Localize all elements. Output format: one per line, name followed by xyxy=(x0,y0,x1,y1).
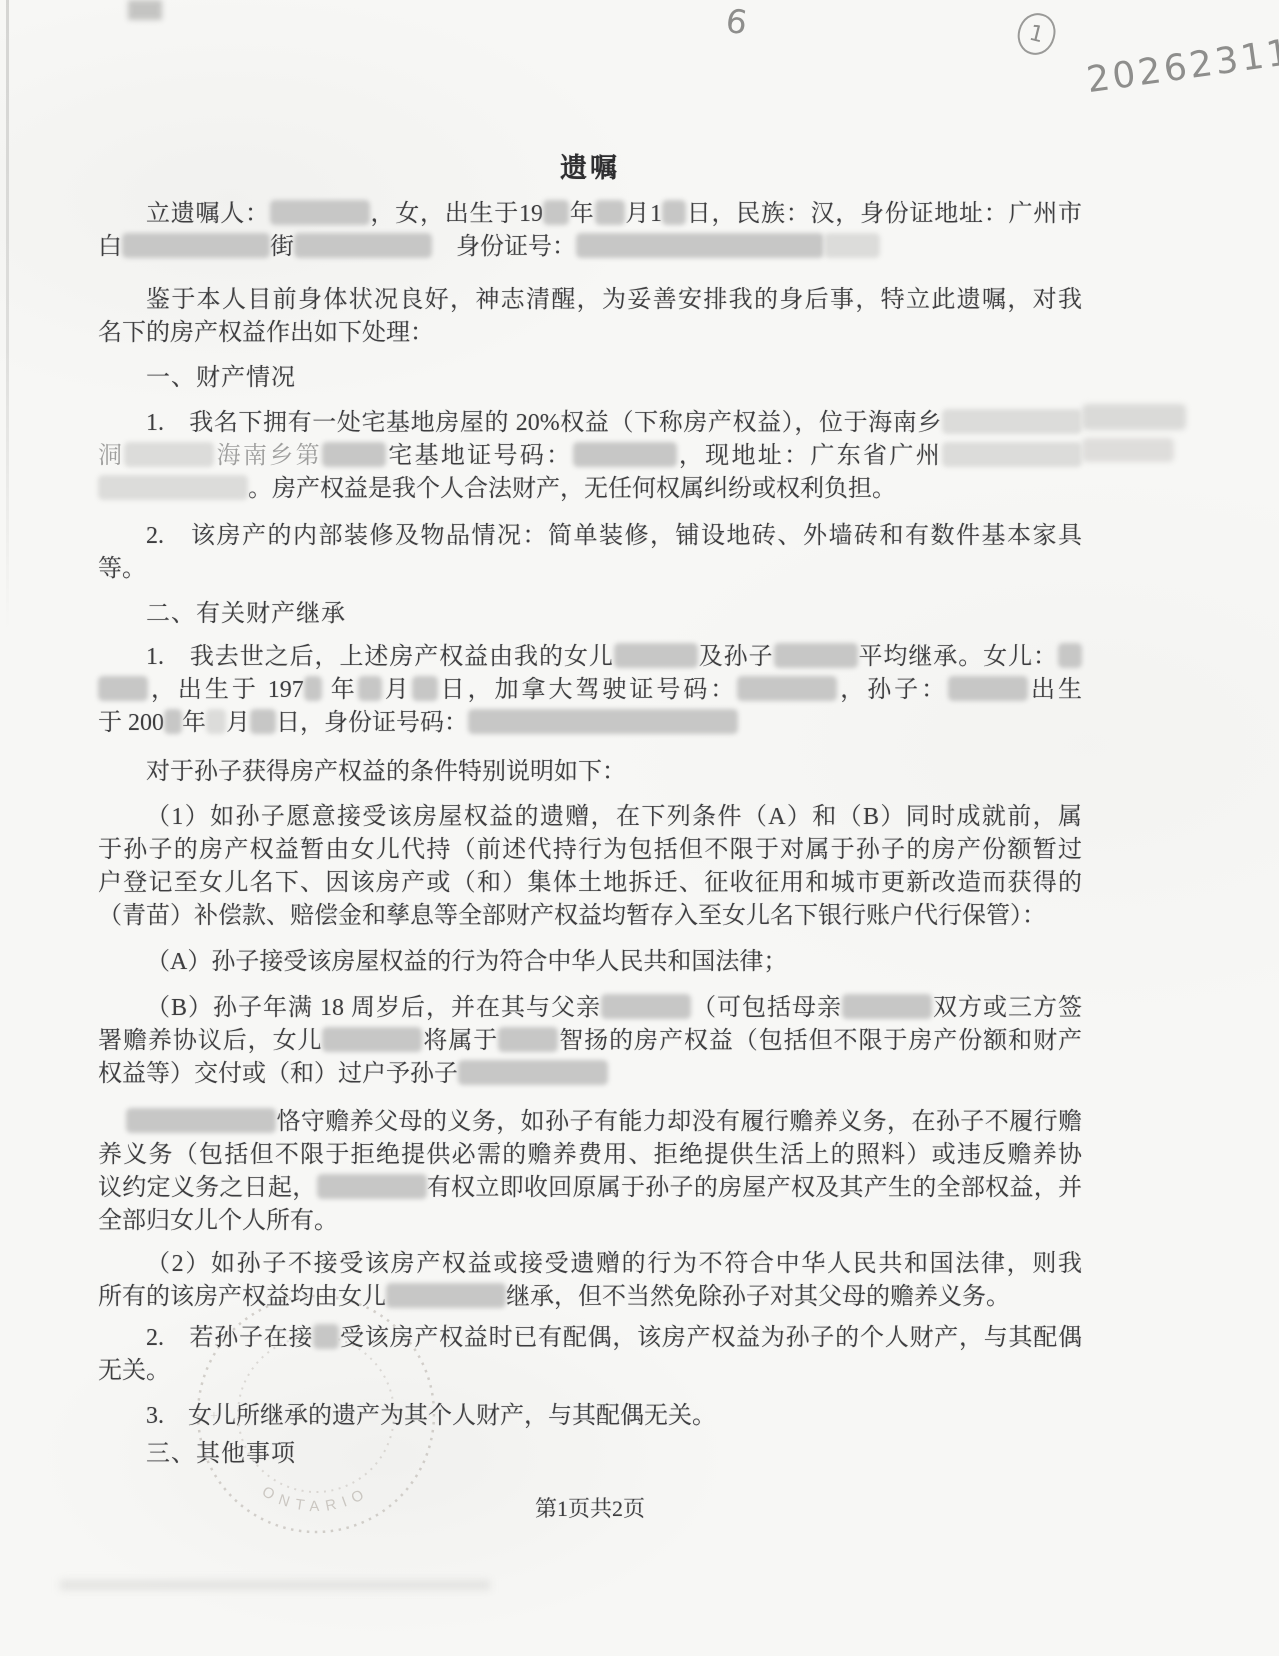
text-line: 洞海南乡第宅基地证号码：，现地址：广东省广州 xyxy=(98,440,1082,473)
text-run: 等。 xyxy=(98,556,146,582)
text-run: 于孙子的房产权益暂由女儿代持（前述代持行为包括但不限于对属于孙子的房产份额暂过 xyxy=(98,837,1082,863)
paragraph: 鉴于本人目前身体状况良好，神志清醒，为妥善安排我的身后事，特立此遗嘱，对我名下的… xyxy=(98,284,1082,350)
redaction-bar xyxy=(304,676,322,701)
text-run: （可包括母亲 xyxy=(691,995,842,1021)
text-run: 月1 xyxy=(625,201,663,227)
text-run: 将属于 xyxy=(422,1028,498,1054)
text-run: 海南乡第 xyxy=(214,443,322,469)
scan-edge-artifact xyxy=(6,0,9,630)
text-line: （青苗）补偿款、赔偿金和孳息等全部财产权益均暂存入至女儿名下银行账户代行保管）： xyxy=(98,900,1082,933)
text-run: ，现地址：广东省广州 xyxy=(677,443,943,469)
redaction-bar xyxy=(468,709,738,734)
text-run: （2）如孙子不接受该房产权益或接受遗赠的行为不符合中华人民共和国法律，则我 xyxy=(146,1251,1082,1277)
redaction-bar xyxy=(358,676,382,701)
text-line: 白街 身份证号： xyxy=(98,231,1082,264)
redaction-bar xyxy=(573,442,677,467)
redaction-bar xyxy=(498,1027,558,1052)
paragraph: 恪守赡养父母的义务，如孙子有能力却没有履行赡养义务，在孙子不履行赡养义务（包括但… xyxy=(98,1106,1082,1238)
handwritten-doc-number: 20262311 xyxy=(1084,32,1279,101)
text-run: 身份证号： xyxy=(432,234,576,260)
redaction-bar xyxy=(412,676,438,701)
text-run: 月 xyxy=(382,677,412,703)
text-run: 养义务（包括但不限于拒绝提供必需的赡养费用、拒绝提供生活上的照料）或违反赡养协 xyxy=(98,1142,1082,1168)
redaction-bar xyxy=(601,994,691,1019)
redaction-bar xyxy=(948,676,1028,701)
text-run: 一、财产情况 xyxy=(146,365,296,391)
section-heading: 二、有关财产继承 xyxy=(98,598,1082,631)
text-line: 2. 该房产的内部装修及物品情况：简单装修，铺设地砖、外墙砖和有数件基本家具 xyxy=(98,520,1082,553)
redaction-bar xyxy=(662,200,686,225)
text-run: 洞 xyxy=(98,443,124,469)
text-line: 于 200年月日，身份证号码： xyxy=(98,707,1082,740)
redaction-bar xyxy=(576,233,824,258)
text-run: 对于孙子获得房产权益的条件特别说明如下： xyxy=(146,759,626,785)
redaction-bar xyxy=(737,676,837,701)
text-line: （2）如孙子不接受该房产权益或接受遗赠的行为不符合中华人民共和国法律，则我 xyxy=(98,1248,1082,1281)
text-run: 街 xyxy=(270,234,294,260)
text-run: 出生 xyxy=(1028,677,1082,703)
redaction-bar xyxy=(270,200,370,225)
text-line: 3. 女儿所继承的遗产为其个人财产，与其配偶无关。 xyxy=(98,1400,1082,1433)
redaction-bar xyxy=(614,643,698,668)
text-run: 年 xyxy=(322,677,358,703)
text-line: 等。 xyxy=(98,553,1082,586)
section-heading: 一、财产情况 xyxy=(98,362,1082,395)
paragraph: 3. 女儿所继承的遗产为其个人财产，与其配偶无关。 xyxy=(98,1400,1082,1433)
text-run: 遗嘱 xyxy=(560,153,620,183)
text-line: 全部归女儿个人所有。 xyxy=(98,1205,1082,1238)
redaction-bar xyxy=(98,475,248,500)
text-run: 日，身份证号码： xyxy=(276,710,468,736)
handwritten-circled-number: 1 xyxy=(1013,9,1059,59)
redaction-bar xyxy=(458,1060,608,1085)
redaction-bar xyxy=(206,709,226,734)
text-run: 无关。 xyxy=(98,1358,170,1384)
redaction-bar xyxy=(595,200,625,225)
redaction-bar xyxy=(126,1108,276,1133)
text-line: 恪守赡养父母的义务，如孙子有能力却没有履行赡养义务，在孙子不履行赡 xyxy=(98,1106,1082,1139)
text-run: 。房产权益是我个人合法财产，无任何权属纠纷或权利负担。 xyxy=(248,476,896,502)
redaction-bar xyxy=(164,709,182,734)
text-line: 2. 若孙子在接受该房产权益时已有配偶，该房产权益为孙子的个人财产，与其配偶 xyxy=(98,1322,1082,1355)
text-run: 日，加拿大驾驶证号码： xyxy=(438,677,738,703)
text-run: 及孙子 xyxy=(698,644,774,670)
text-run: 2. 若孙子在接 xyxy=(146,1325,313,1351)
text-run: 受该房产权益时已有配偶，该房产权益为孙子的个人财产，与其配偶 xyxy=(339,1325,1082,1351)
redaction-bar xyxy=(122,233,270,258)
text-run: 智扬的房产权益（包括但不限于房产份额和财产 xyxy=(558,1028,1082,1054)
redaction-bar xyxy=(1058,643,1082,668)
redaction-bar xyxy=(98,676,148,701)
text-line: 立遗嘱人：，女，出生于19年月1日，民族：汉，身份证地址：广州市 xyxy=(98,198,1082,231)
text-line: 所有的该房产权益均由女儿继承，但不当然免除孙子对其父母的赡养义务。 xyxy=(98,1281,1082,1314)
text-run: 户登记至女儿名下、因该房产或（和）集体土地拆迁、征收征用和城市更新改造而获得的 xyxy=(98,870,1082,896)
text-run: 恪守赡养父母的义务，如孙子有能力却没有履行赡养义务，在孙子不履行赡 xyxy=(276,1109,1082,1135)
text-run: 双方或三方签 xyxy=(932,995,1082,1021)
text-run: 署赡养协议后，女儿 xyxy=(98,1028,322,1054)
paragraph: 立遗嘱人：，女，出生于19年月1日，民族：汉，身份证地址：广州市白街 身份证号： xyxy=(98,198,1082,264)
paragraph: （B）孙子年满 18 周岁后，并在其与父亲（可包括母亲双方或三方签署赡养协议后，… xyxy=(98,992,1082,1091)
document-title: 遗嘱 xyxy=(98,148,1082,188)
text-run: 宅基地证号码： xyxy=(386,443,573,469)
text-run: 名下的房产权益作出如下处理： xyxy=(98,320,434,346)
paragraph: （1）如孙子愿意接受该房屋权益的遗赠，在下列条件（A）和（B）同时成就前，属于孙… xyxy=(98,801,1082,933)
text-run: ，出生于 197 xyxy=(148,677,304,703)
text-line: 对于孙子获得房产权益的条件特别说明如下： xyxy=(98,756,1082,789)
text-line: 议约定义务之日起，有权立即收回原属于孙子的房屋产权及其产生的全部权益，并 xyxy=(98,1172,1082,1205)
paragraph: 1. 我去世之后，上述房产权益由我的女儿及孙子平均继承。女儿：，出生于 197 … xyxy=(98,641,1082,740)
paragraph: 2. 若孙子在接受该房产权益时已有配偶，该房产权益为孙子的个人财产，与其配偶无关… xyxy=(98,1322,1082,1388)
text-line: 权益等）交付或（和）过户予孙子 xyxy=(98,1058,1082,1091)
text-line: 1. 我名下拥有一处宅基地房屋的 20%权益（下称房产权益），位于海南乡 xyxy=(98,407,1082,440)
scan-corner-mark xyxy=(128,0,162,20)
paragraph: 1. 我名下拥有一处宅基地房屋的 20%权益（下称房产权益），位于海南乡洞海南乡… xyxy=(98,407,1082,506)
text-run: （1）如孙子愿意接受该房屋权益的遗赠，在下列条件（A）和（B）同时成就前，属 xyxy=(146,804,1082,830)
paragraph: 对于孙子获得房产权益的条件特别说明如下： xyxy=(98,756,1082,789)
paragraph: 2. 该房产的内部装修及物品情况：简单装修，铺设地砖、外墙砖和有数件基本家具等。 xyxy=(98,520,1082,586)
text-run: 日，民族：汉，身份证地址：广州市 xyxy=(686,201,1082,227)
text-run: （B）孙子年满 18 周岁后，并在其与父亲 xyxy=(146,995,601,1021)
text-run: 1. 我名下拥有一处宅基地房屋的 20%权益（下称房产权益），位于海南乡 xyxy=(146,410,942,436)
text-run: 所有的该房产权益均由女儿 xyxy=(98,1284,386,1310)
redaction-bar xyxy=(124,442,214,467)
redaction-bar xyxy=(942,442,1082,467)
text-run: ，女，出生于19 xyxy=(370,201,543,227)
document-body: 遗嘱立遗嘱人：，女，出生于19年月1日，民族：汉，身份证地址：广州市白街 身份证… xyxy=(98,148,1082,1471)
text-line: 鉴于本人目前身体状况良好，神志清醒，为妥善安排我的身后事，特立此遗嘱，对我 xyxy=(98,284,1082,317)
section-heading: 三、其他事项 xyxy=(98,1438,1082,1471)
text-run: 月 xyxy=(226,710,250,736)
redaction-bar xyxy=(250,709,276,734)
text-line: 于孙子的房产权益暂由女儿代持（前述代持行为包括但不限于对属于孙子的房产份额暂过 xyxy=(98,834,1082,867)
text-run: 白 xyxy=(98,234,122,260)
text-run: 于 200 xyxy=(98,710,164,736)
text-line: 名下的房产权益作出如下处理： xyxy=(98,317,1082,350)
scan-smudge xyxy=(1082,404,1186,430)
scan-smudge xyxy=(60,1580,490,1590)
text-run: 有权立即收回原属于孙子的房屋产权及其产生的全部权益，并 xyxy=(427,1175,1083,1201)
paragraph: （2）如孙子不接受该房产权益或接受遗赠的行为不符合中华人民共和国法律，则我所有的… xyxy=(98,1248,1082,1314)
text-run: ，孙子： xyxy=(837,677,948,703)
text-run: 全部归女儿个人所有。 xyxy=(98,1208,338,1234)
text-line: （1）如孙子愿意接受该房屋权益的遗赠，在下列条件（A）和（B）同时成就前，属 xyxy=(98,801,1082,834)
redaction-bar xyxy=(942,409,1082,434)
redaction-bar xyxy=(386,1283,506,1308)
redaction-bar xyxy=(313,1324,339,1349)
text-run: （青苗）补偿款、赔偿金和孳息等全部财产权益均暂存入至女儿名下银行账户代行保管）： xyxy=(98,903,1046,929)
text-line: 三、其他事项 xyxy=(98,1438,1082,1471)
handwritten-page-mark: 6 xyxy=(723,1,750,43)
redaction-bar xyxy=(842,994,932,1019)
text-run: 议约定义务之日起， xyxy=(98,1175,317,1201)
redaction-bar xyxy=(322,442,386,467)
text-run: 平均继承。女儿： xyxy=(858,644,1058,670)
text-line: 遗嘱 xyxy=(98,148,1082,188)
text-run: 鉴于本人目前身体状况良好，神志清醒，为妥善安排我的身后事，特立此遗嘱，对我 xyxy=(146,287,1082,313)
text-run: 二、有关财产继承 xyxy=(146,601,346,627)
text-run: 立遗嘱人： xyxy=(146,201,270,227)
redaction-bar xyxy=(294,233,432,258)
text-line: 养义务（包括但不限于拒绝提供必需的赡养费用、拒绝提供生活上的照料）或违反赡养协 xyxy=(98,1139,1082,1172)
text-run: 三、其他事项 xyxy=(146,1441,296,1467)
text-run: （A）孙子接受该房屋权益的行为符合中华人民共和国法律； xyxy=(146,949,787,975)
scan-smudge xyxy=(1082,438,1174,462)
text-line: 二、有关财产继承 xyxy=(98,598,1082,631)
page-number-footer: 第1页共2页 xyxy=(98,1492,1082,1523)
redaction-bar xyxy=(824,233,880,258)
text-line: 无关。 xyxy=(98,1355,1082,1388)
text-line: 户登记至女儿名下、因该房产或（和）集体土地拆迁、征收征用和城市更新改造而获得的 xyxy=(98,867,1082,900)
text-line: ，出生于 197 年月日，加拿大驾驶证号码：，孙子：出生 xyxy=(98,674,1082,707)
text-line: （B）孙子年满 18 周岁后，并在其与父亲（可包括母亲双方或三方签 xyxy=(98,992,1082,1025)
text-line: 署赡养协议后，女儿将属于智扬的房产权益（包括但不限于房产份额和财产 xyxy=(98,1025,1082,1058)
text-run: 2. 该房产的内部装修及物品情况：简单装修，铺设地砖、外墙砖和有数件基本家具 xyxy=(146,523,1082,549)
redaction-bar xyxy=(543,200,569,225)
text-run: 3. 女儿所继承的遗产为其个人财产，与其配偶无关。 xyxy=(146,1403,716,1429)
text-run: 年 xyxy=(569,201,595,227)
text-line: （A）孙子接受该房屋权益的行为符合中华人民共和国法律； xyxy=(98,946,1082,979)
text-run: 权益等）交付或（和）过户予孙子 xyxy=(98,1061,458,1087)
redaction-bar xyxy=(774,643,858,668)
text-run: 继承，但不当然免除孙子对其父母的赡养义务。 xyxy=(506,1284,1010,1310)
text-line: 一、财产情况 xyxy=(98,362,1082,395)
redaction-bar xyxy=(322,1027,422,1052)
text-line: 1. 我去世之后，上述房产权益由我的女儿及孙子平均继承。女儿： xyxy=(98,641,1082,674)
text-run: 1. 我去世之后，上述房产权益由我的女儿 xyxy=(146,644,614,670)
scanned-page: 6 1 20262311 ONTARIO + + 遗嘱立遗嘱人：，女，出生于19… xyxy=(0,0,1279,1656)
text-line: 。房产权益是我个人合法财产，无任何权属纠纷或权利负担。 xyxy=(98,473,1082,506)
text-run: 年 xyxy=(182,710,206,736)
redaction-bar xyxy=(317,1174,427,1199)
paragraph: （A）孙子接受该房屋权益的行为符合中华人民共和国法律； xyxy=(98,946,1082,979)
